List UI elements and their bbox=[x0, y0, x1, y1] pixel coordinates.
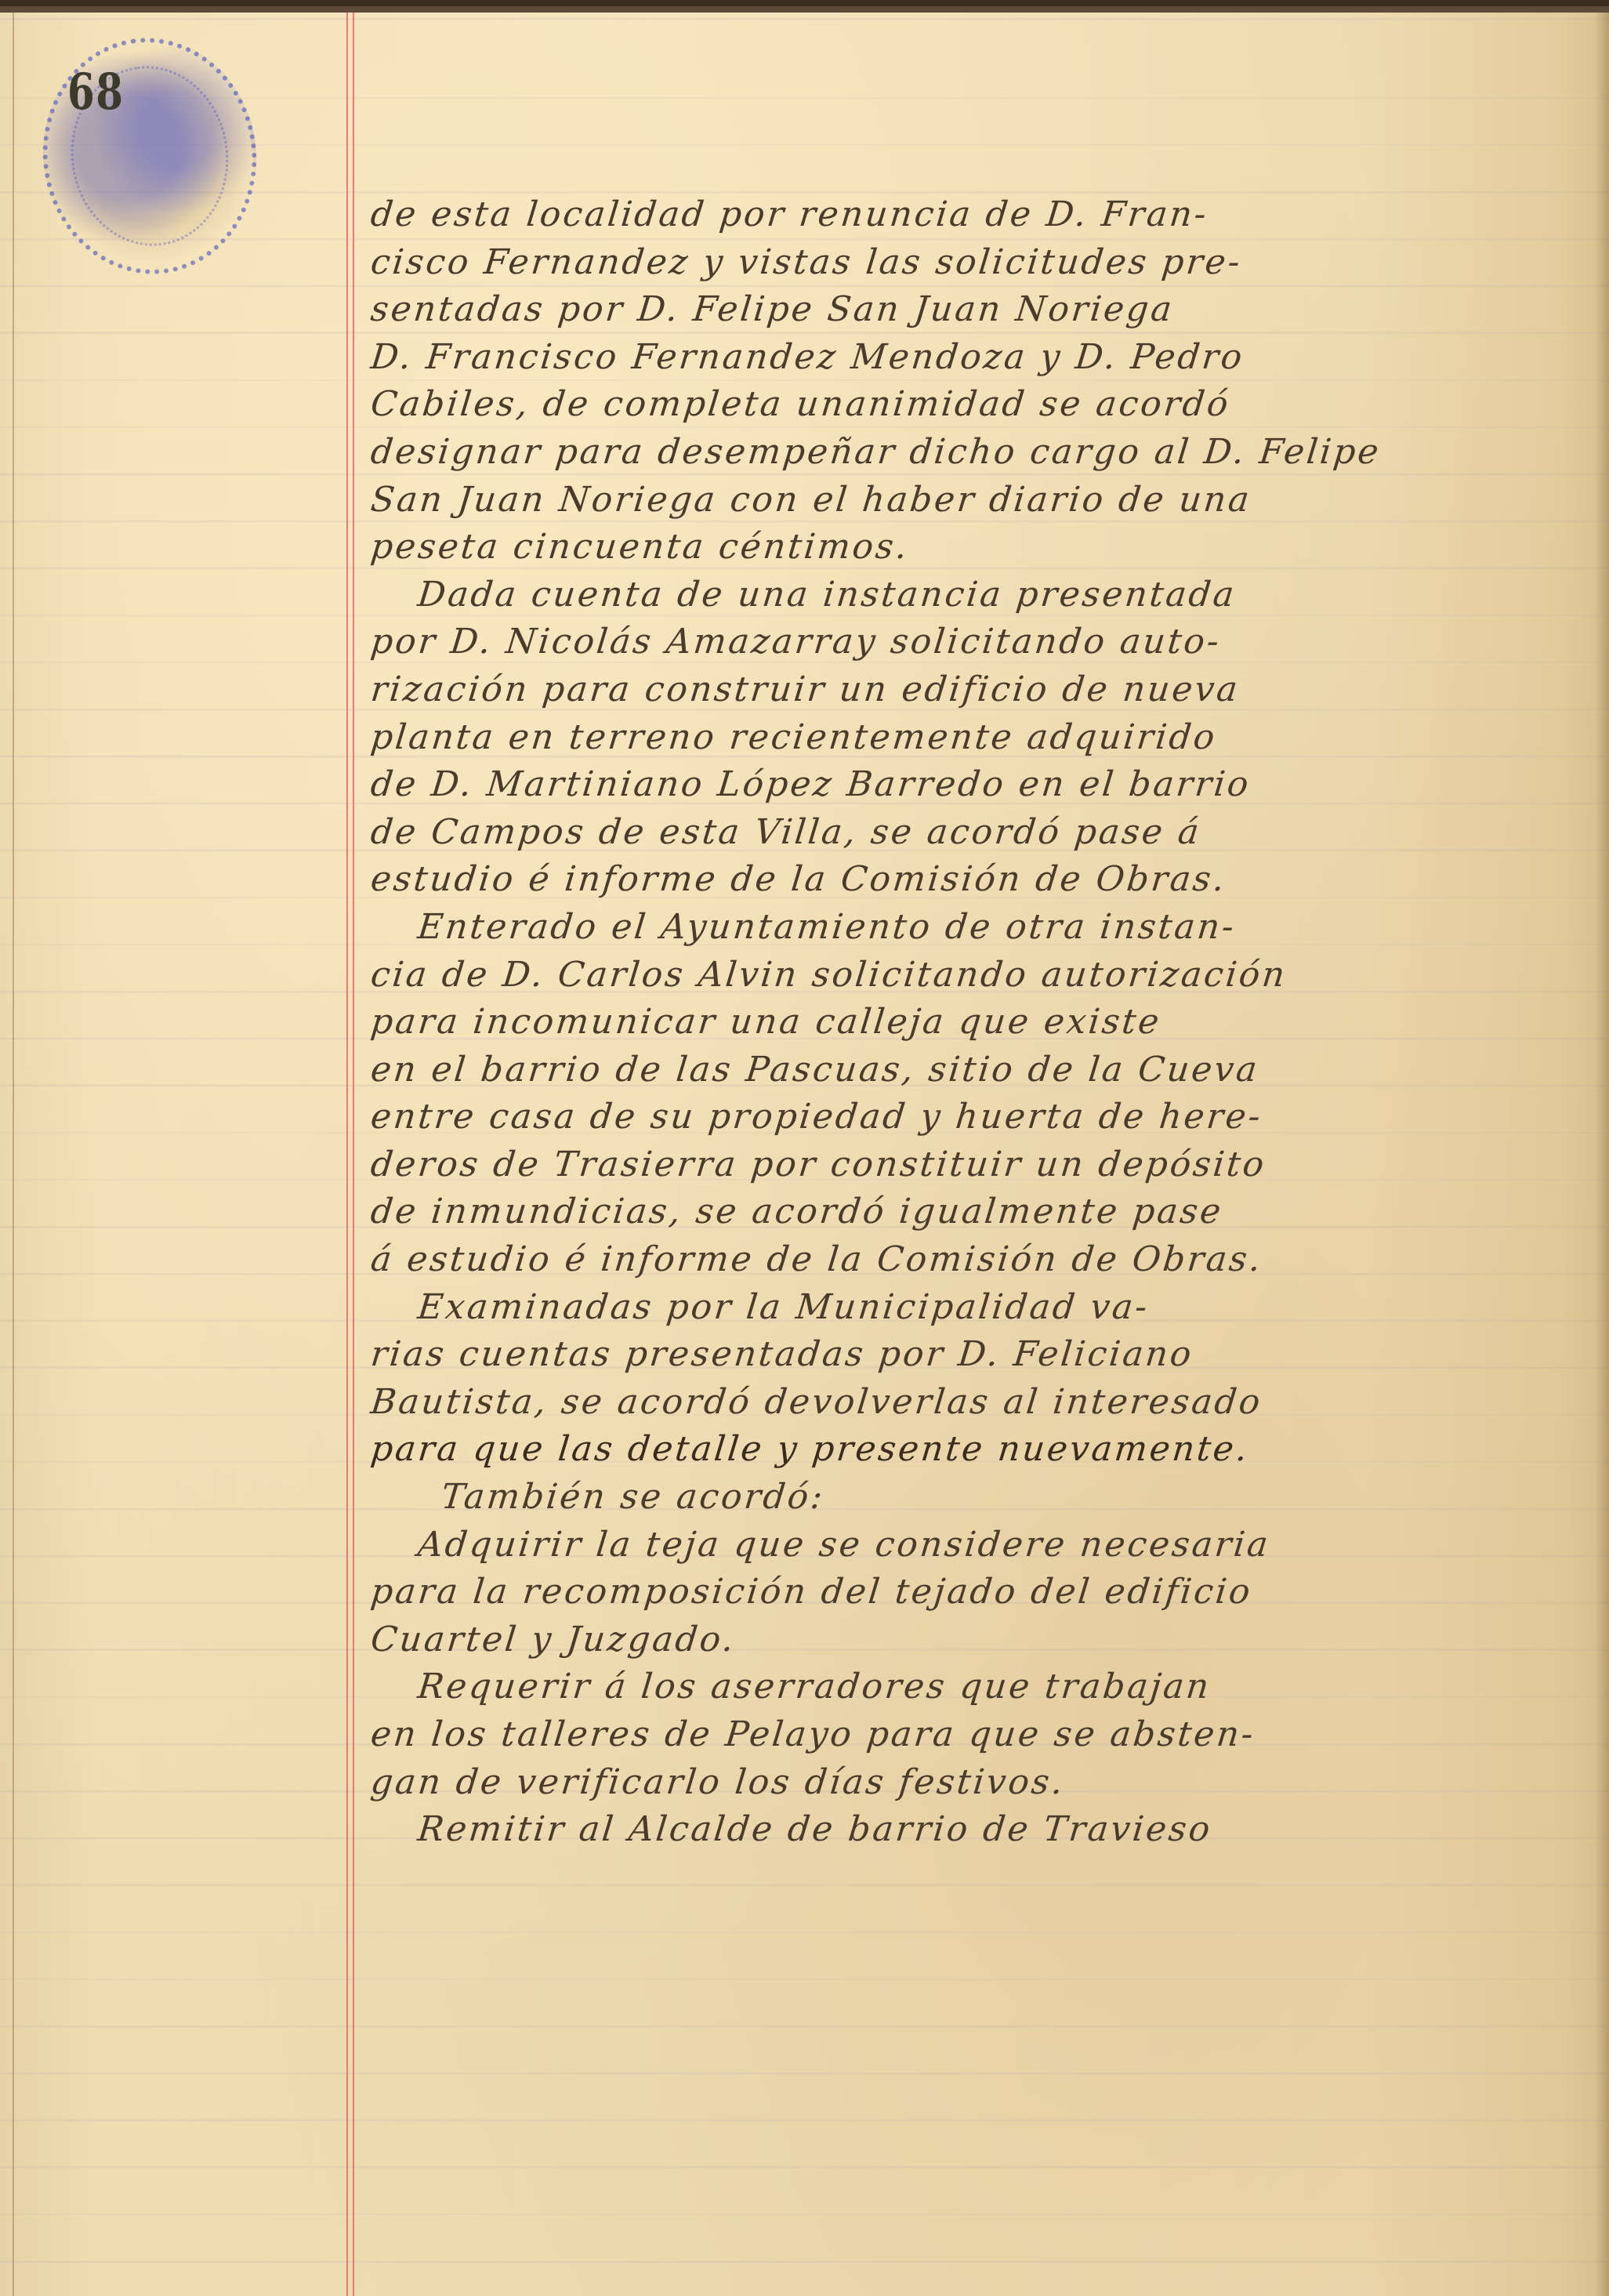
text-line: por D. Nicolás Amazarray solicitando aut… bbox=[368, 618, 1580, 666]
paragraph-start-line: Examinadas por la Municipalidad va- bbox=[368, 1284, 1580, 1332]
page-edge-shadow bbox=[1595, 13, 1609, 2296]
paragraph-start-line: Remitir al Alcalde de barrio de Travieso bbox=[368, 1806, 1580, 1854]
text-line: deros de Trasierra por constituir un dep… bbox=[368, 1141, 1580, 1189]
text-line: sentadas por D. Felipe San Juan Noriega bbox=[368, 286, 1580, 334]
text-line: de D. Martiniano López Barredo en el bar… bbox=[368, 761, 1580, 809]
margin-rule-left bbox=[346, 13, 348, 2296]
ledger-page: 68 de esta localidad por renuncia de D. … bbox=[0, 6, 1609, 2296]
text-line: cia de D. Carlos Alvin solicitando autor… bbox=[368, 952, 1580, 999]
text-line: San Juan Noriega con el haber diario de … bbox=[368, 477, 1580, 524]
text-line: gan de verificarlo los días festivos. bbox=[368, 1759, 1580, 1807]
text-line: para que las detalle y presente nuevamen… bbox=[368, 1426, 1580, 1474]
text-line: Cuartel y Juzgado. bbox=[368, 1616, 1580, 1664]
text-line: á estudio é informe de la Comisión de Ob… bbox=[368, 1236, 1580, 1284]
paragraph-start-line: Adquirir la teja que se considere necesa… bbox=[368, 1522, 1580, 1569]
text-line: en el barrio de las Pascuas, sitio de la… bbox=[368, 1046, 1580, 1094]
text-line: peseta cincuenta céntimos. bbox=[368, 524, 1580, 571]
text-line: designar para desempeñar dicho cargo al … bbox=[368, 429, 1580, 477]
text-line: para incomunicar una calleja que existe bbox=[368, 999, 1580, 1046]
paragraph-start-line: Enterado el Ayuntamiento de otra instan- bbox=[368, 904, 1580, 952]
text-line: Cabiles, de completa unanimidad se acord… bbox=[368, 381, 1580, 429]
paragraph-start-line: Requerir á los aserradores que trabajan bbox=[368, 1663, 1580, 1711]
text-line: de esta localidad por renuncia de D. Fra… bbox=[368, 191, 1580, 239]
text-line: en los talleres de Pelayo para que se ab… bbox=[368, 1711, 1580, 1759]
text-line: entre casa de su propiedad y huerta de h… bbox=[368, 1094, 1580, 1141]
text-line: planta en terreno recientemente adquirid… bbox=[368, 714, 1580, 762]
text-line: Bautista, se acordó devolverlas al inter… bbox=[368, 1379, 1580, 1427]
section-heading-line: También se acordó: bbox=[368, 1474, 1580, 1522]
margin-rule-right bbox=[353, 13, 354, 2296]
text-line: para la recomposición del tejado del edi… bbox=[368, 1569, 1580, 1616]
text-line: cisco Fernandez y vistas las solicitudes… bbox=[368, 239, 1580, 287]
binding-fold-line bbox=[13, 13, 14, 2296]
text-line: rización para construir un edificio de n… bbox=[368, 666, 1580, 714]
text-line: de inmundicias, se acordó igualmente pas… bbox=[368, 1188, 1580, 1236]
text-line: de Campos de esta Villa, se acordó pase … bbox=[368, 809, 1580, 857]
page-top-edge bbox=[0, 6, 1609, 13]
folio-number: 68 bbox=[67, 63, 125, 122]
handwritten-minutes-text: de esta localidad por renuncia de D. Fra… bbox=[368, 191, 1575, 1854]
paragraph-start-line: Dada cuenta de una instancia presentada bbox=[368, 571, 1580, 619]
text-line: rias cuentas presentadas por D. Felician… bbox=[368, 1331, 1580, 1379]
text-line: D. Francisco Fernandez Mendoza y D. Pedr… bbox=[368, 334, 1580, 382]
text-line: estudio é informe de la Comisión de Obra… bbox=[368, 856, 1580, 904]
